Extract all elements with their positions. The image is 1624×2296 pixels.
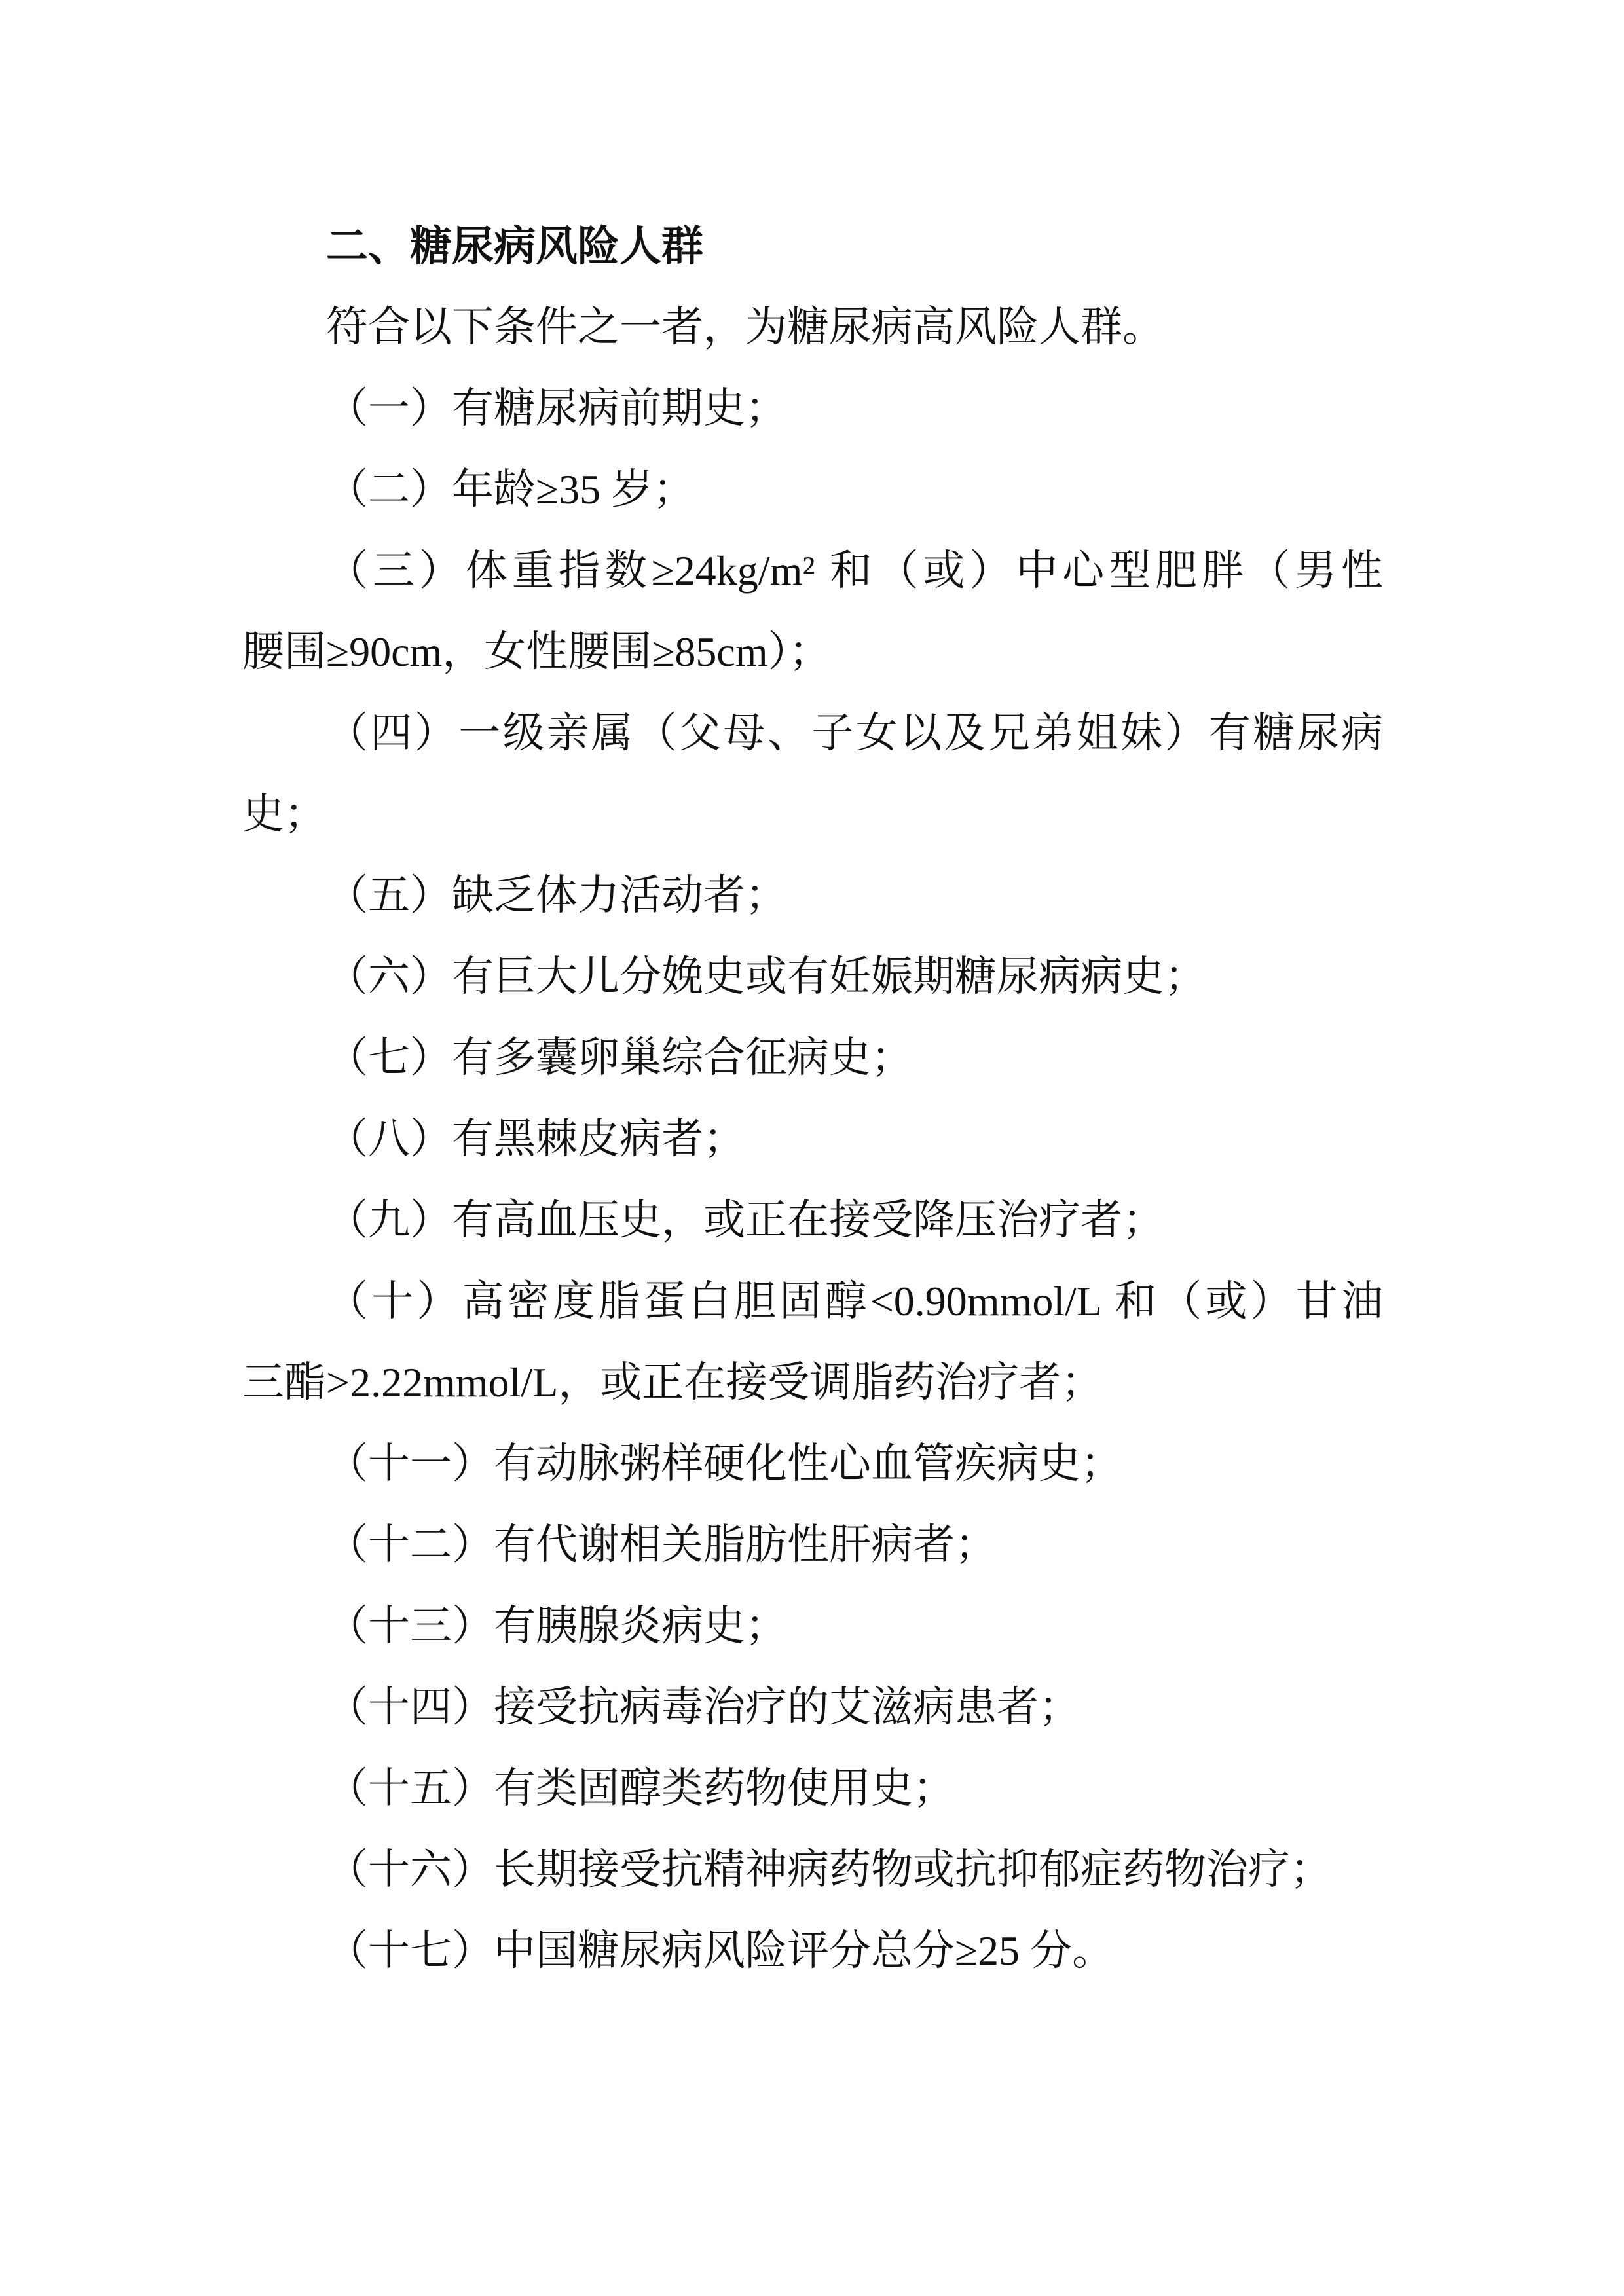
item-14: （十四）接受抗病毒治疗的艾滋病患者； [242, 1667, 1383, 1748]
item-11: （十一）有动脉粥样硬化性心血管疾病史； [242, 1423, 1383, 1504]
item-9: （九）有高血压史，或正在接受降压治疗者； [242, 1180, 1383, 1261]
item-3-line1: （三）体重指数≥24kg/m² 和（或）中心型肥胖（男性 [242, 530, 1383, 611]
item-3-line2: 腰围≥90cm，女性腰围≥85cm）； [242, 611, 1383, 693]
intro-line: 符合以下条件之一者，为糖尿病高风险人群。 [242, 287, 1383, 368]
item-10-line1: （十）高密度脂蛋白胆固醇<0.90mmol/L 和（或）甘油 [242, 1261, 1383, 1342]
item-5: （五）缺乏体力活动者； [242, 855, 1383, 936]
text-block: 二、糖尿病风险人群 符合以下条件之一者，为糖尿病高风险人群。 （一）有糖尿病前期… [242, 206, 1383, 1992]
item-13: （十三）有胰腺炎病史； [242, 1586, 1383, 1667]
item-10-line2: 三酯>2.22mmol/L，或正在接受调脂药治疗者； [242, 1342, 1383, 1423]
item-7: （七）有多囊卵巢综合征病史； [242, 1017, 1383, 1099]
item-1: （一）有糖尿病前期史； [242, 368, 1383, 449]
item-2: （二）年龄≥35 岁； [242, 449, 1383, 530]
item-16: （十六）长期接受抗精神病药物或抗抑郁症药物治疗； [242, 1829, 1383, 1910]
item-6: （六）有巨大儿分娩史或有妊娠期糖尿病病史； [242, 936, 1383, 1017]
item-17: （十七）中国糖尿病风险评分总分≥25 分。 [242, 1910, 1383, 1992]
section-heading: 二、糖尿病风险人群 [242, 206, 1383, 287]
item-4-line2: 史； [242, 774, 1383, 855]
item-12: （十二）有代谢相关脂肪性肝病者； [242, 1504, 1383, 1586]
item-4-line1: （四）一级亲属（父母、子女以及兄弟姐妹）有糖尿病 [242, 693, 1383, 774]
item-8: （八）有黑棘皮病者； [242, 1099, 1383, 1180]
item-15: （十五）有类固醇类药物使用史； [242, 1748, 1383, 1829]
document-page: 二、糖尿病风险人群 符合以下条件之一者，为糖尿病高风险人群。 （一）有糖尿病前期… [0, 0, 1624, 2296]
